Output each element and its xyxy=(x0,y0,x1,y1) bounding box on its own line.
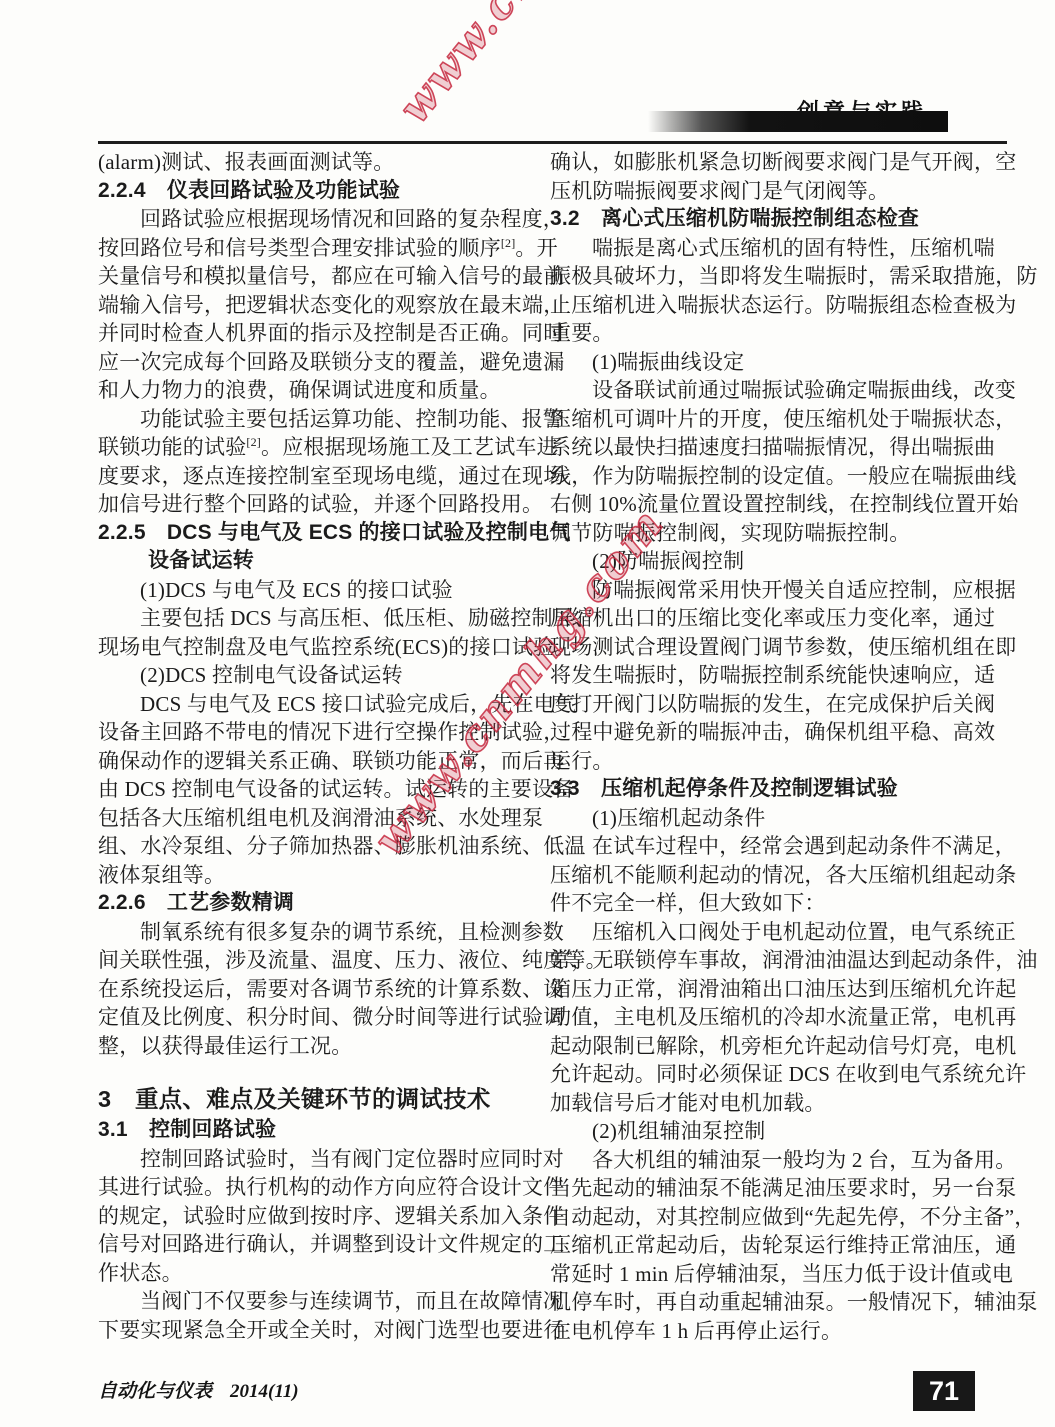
text-line: 自动起动，对其控制应做到“先起先停，不分主备”， xyxy=(550,1203,982,1232)
text-line: 各大机组的辅油泵一般均为 2 台，互为备用。 xyxy=(550,1146,982,1175)
text-line: 其进行试验。执行机构的动作方向应符合设计文件 xyxy=(98,1173,530,1202)
text-line: 端输入信号，把逻辑状态变化的观察放在最末端， xyxy=(98,291,530,320)
text-line: (1)压缩机起动条件 xyxy=(550,804,982,833)
text-line: 喘振是离心式压缩机的固有特性，压缩机喘 xyxy=(550,234,982,263)
heading-line: 2.2.6 工艺参数精调 xyxy=(98,889,530,918)
journal-page: 创意与实践 www.cnmhg.com www.cnmhg.com (alarm… xyxy=(0,0,1055,1427)
citation-ref: [2] xyxy=(246,435,261,449)
text-line: 当先起动的辅油泵不能满足油压要求时，另一台泵 xyxy=(550,1174,982,1203)
text-line: 加载信号后才能对电机加载。 xyxy=(550,1089,982,1118)
journal-issue: 2014(11) xyxy=(230,1381,299,1402)
text-line: 常延时 1 min 后停辅油泵，当压力低于设计值或电 xyxy=(550,1260,982,1289)
text-line: 和人力物力的浪费，确保调试进度和质量。 xyxy=(98,376,530,405)
text-line: 确保动作的逻辑关系正确、联锁功能正常，而后再 xyxy=(98,747,530,776)
header-black-bar xyxy=(648,111,948,132)
text-line: 将发生喘振时，防喘振控制系统能快速响应，适 xyxy=(550,661,982,690)
text-line: 压机防喘振阀要求阀门是气闭阀等。 xyxy=(550,177,982,206)
footer-journal-line: 自动化与仪表2014(11) xyxy=(98,1376,299,1403)
text-line: 在系统投运后，需要对各调节系统的计算系数、设 xyxy=(98,975,530,1004)
text-line: 设备联试前通过喘振试验确定喘振曲线，改变 xyxy=(550,376,982,405)
heading-line: 3.2 离心式压缩机防喘振控制组态检查 xyxy=(550,205,982,234)
text-line: 防喘振阀常采用快开慢关自适应控制，应根据 xyxy=(550,576,982,605)
text-line: (1)DCS 与电气及 ECS 的接口试验 xyxy=(98,576,530,605)
text-line: 确认，如膨胀机紧急切断阀要求阀门是气开阀，空 xyxy=(550,148,982,177)
text-line: 起动限制已解除，机旁柜允许起动信号灯亮，电机 xyxy=(550,1032,982,1061)
text-line: 振极具破坏力，当即将发生喘振时，需采取措施，防 xyxy=(550,262,982,291)
text-line: 箱压力正常，润滑油箱出口油压达到压缩机允许起 xyxy=(550,975,982,1004)
text-line: 件不完全一样，但大致如下： xyxy=(550,889,982,918)
text-line: 控制回路试验时，当有阀门定位器时应同时对 xyxy=(98,1145,530,1174)
text-line: (1)喘振曲线设定 xyxy=(550,348,982,377)
text-line: 运行。 xyxy=(550,747,982,776)
citation-ref: [2] xyxy=(501,236,516,250)
text-line: 设备主回路不带电的情况下进行空操作控制试验， xyxy=(98,718,530,747)
text-line: 间关联性强，涉及流量、温度、压力、液位、纯度等。 xyxy=(98,946,530,975)
text-line: 主要包括 DCS 与高压柜、低压柜、励磁控制屏、 xyxy=(98,604,530,633)
text-line: 应一次完成每个回路及联锁分支的覆盖，避免遗漏 xyxy=(98,348,530,377)
text-line: 当阀门不仅要参与连续调节，而且在故障情况 xyxy=(98,1287,530,1316)
text-line: 组、水冷泵组、分子筛加热器、膨胀机油系统、低温 xyxy=(98,832,530,861)
text-line: 的规定，试验时应做到按时序、逻辑关系加入条件 xyxy=(98,1202,530,1231)
text-line: 压缩机可调叶片的开度，使压缩机处于喘振状态， xyxy=(550,405,982,434)
text-line: DCS 与电气及 ECS 接口试验完成后，先在电气 xyxy=(98,690,530,719)
heading-line: 设备试运转 xyxy=(98,547,530,576)
text-line: 动值，主电机及压缩机的冷却水流量正常，电机再 xyxy=(550,1003,982,1032)
text-line: 压缩机入口阀处于电机起动位置，电气系统正 xyxy=(550,918,982,947)
right-column: 确认，如膨胀机紧急切断阀要求阀门是气开阀，空压机防喘振阀要求阀门是气闭阀等。3.… xyxy=(550,148,982,1345)
text-line: 系统以最快扫描速度扫描喘振情况，得出喘振曲 xyxy=(550,433,982,462)
text-line: 整，以获得最佳运行工况。 xyxy=(98,1032,530,1061)
text-line: 允许起动。同时必须保证 DCS 在收到电气系统允许 xyxy=(550,1060,982,1089)
text-line: 机停车时，再自动重起辅油泵。一般情况下，辅油泵 xyxy=(550,1288,982,1317)
text-line: 关量信号和模拟量信号，都应在可输入信号的最前 xyxy=(98,262,530,291)
text-line: 在试车过程中，经常会遇到起动条件不满足， xyxy=(550,832,982,861)
text-line: 压缩机不能顺利起动的情况，各大压缩机组起动条 xyxy=(550,861,982,890)
text-line: 定值及比例度、积分时间、微分时间等进行试验调 xyxy=(98,1003,530,1032)
text-line: 过程中避免新的喘振冲击，确保机组平稳、高效 xyxy=(550,718,982,747)
text-line: 现场测试合理设置阀门调节参数，使压缩机组在即 xyxy=(550,633,982,662)
text-line: 度打开阀门以防喘振的发生，在完成保护后关阀 xyxy=(550,690,982,719)
text-line: 重要。 xyxy=(550,319,982,348)
text-line: 回路试验应根据现场情况和回路的复杂程度， xyxy=(98,205,530,234)
text-line: 压缩机正常起动后，齿轮泵运行维持正常油压，通 xyxy=(550,1231,982,1260)
heading-line: 3.3 压缩机起停条件及控制逻辑试验 xyxy=(550,775,982,804)
heading-line: 3.1 控制回路试验 xyxy=(98,1116,530,1145)
text-line: 作状态。 xyxy=(98,1259,530,1288)
page-number-badge: 71 xyxy=(913,1371,975,1411)
text-line: 现场电气控制盘及电气监控系统(ECS)的接口试验。 xyxy=(98,633,530,662)
text-line: 压缩机出口的压缩比变化率或压力变化率，通过 xyxy=(550,604,982,633)
text-line: 并同时检查人机界面的指示及控制是否正确。同时 xyxy=(98,319,530,348)
text-line: 在电机停车 1 h 后再停止运行。 xyxy=(550,1317,982,1346)
text-line: 信号对回路进行确认，并调整到设计文件规定的工 xyxy=(98,1230,530,1259)
text-line: (2)DCS 控制电气设备试运转 xyxy=(98,661,530,690)
text-line: (2)防喘振阀控制 xyxy=(550,547,982,576)
text-line: 下要实现紧急全开或全关时，对阀门选型也要进行 xyxy=(98,1316,530,1345)
text-line: 联锁功能的试验[2]。应根据现场施工及工艺试车进 xyxy=(98,433,530,462)
header-rule xyxy=(98,141,1007,144)
journal-name: 自动化与仪表 xyxy=(98,1381,212,1402)
text-line: 由 DCS 控制电气设备的试运转。试运转的主要设备 xyxy=(98,775,530,804)
text-line: 加信号进行整个回路的试验，并逐个回路投用。 xyxy=(98,490,530,519)
text-line: 功能试验主要包括运算功能、控制功能、报警 xyxy=(98,405,530,434)
heading-line: 2.2.4 仪表回路试验及功能试验 xyxy=(98,177,530,206)
text-line: 常，无联锁停车事故，润滑油油温达到起动条件，油 xyxy=(550,946,982,975)
text-line: 液体泵组等。 xyxy=(98,861,530,890)
text-line: 按回路位号和信号类型合理安排试验的顺序[2]。开 xyxy=(98,234,530,263)
text-line: 包括各大压缩机组电机及润滑油系统、水处理泵 xyxy=(98,804,530,833)
text-line: 调节防喘振控制阀，实现防喘振控制。 xyxy=(550,519,982,548)
text-line: (2)机组辅油泵控制 xyxy=(550,1117,982,1146)
text-line: 止压缩机进入喘振状态运行。防喘振组态检查极为 xyxy=(550,291,982,320)
left-column: (alarm)测试、报表画面测试等。2.2.4 仪表回路试验及功能试验回路试验应… xyxy=(98,148,530,1344)
heading-line: 2.2.5 DCS 与电气及 ECS 的接口试验及控制电气 xyxy=(98,519,530,548)
text-line: 线，作为防喘振控制的设定值。一般应在喘振曲线 xyxy=(550,462,982,491)
text-line: 右侧 10%流量位置设置控制线，在控制线位置开始 xyxy=(550,490,982,519)
text-line: 度要求，逐点连接控制室至现场电缆，通过在现场 xyxy=(98,462,530,491)
heading-line: 3 重点、难点及关键环节的调试技术 xyxy=(98,1082,530,1116)
text-line: (alarm)测试、报表画面测试等。 xyxy=(98,148,530,177)
text-line: 制氧系统有很多复杂的调节系统，且检测参数 xyxy=(98,918,530,947)
